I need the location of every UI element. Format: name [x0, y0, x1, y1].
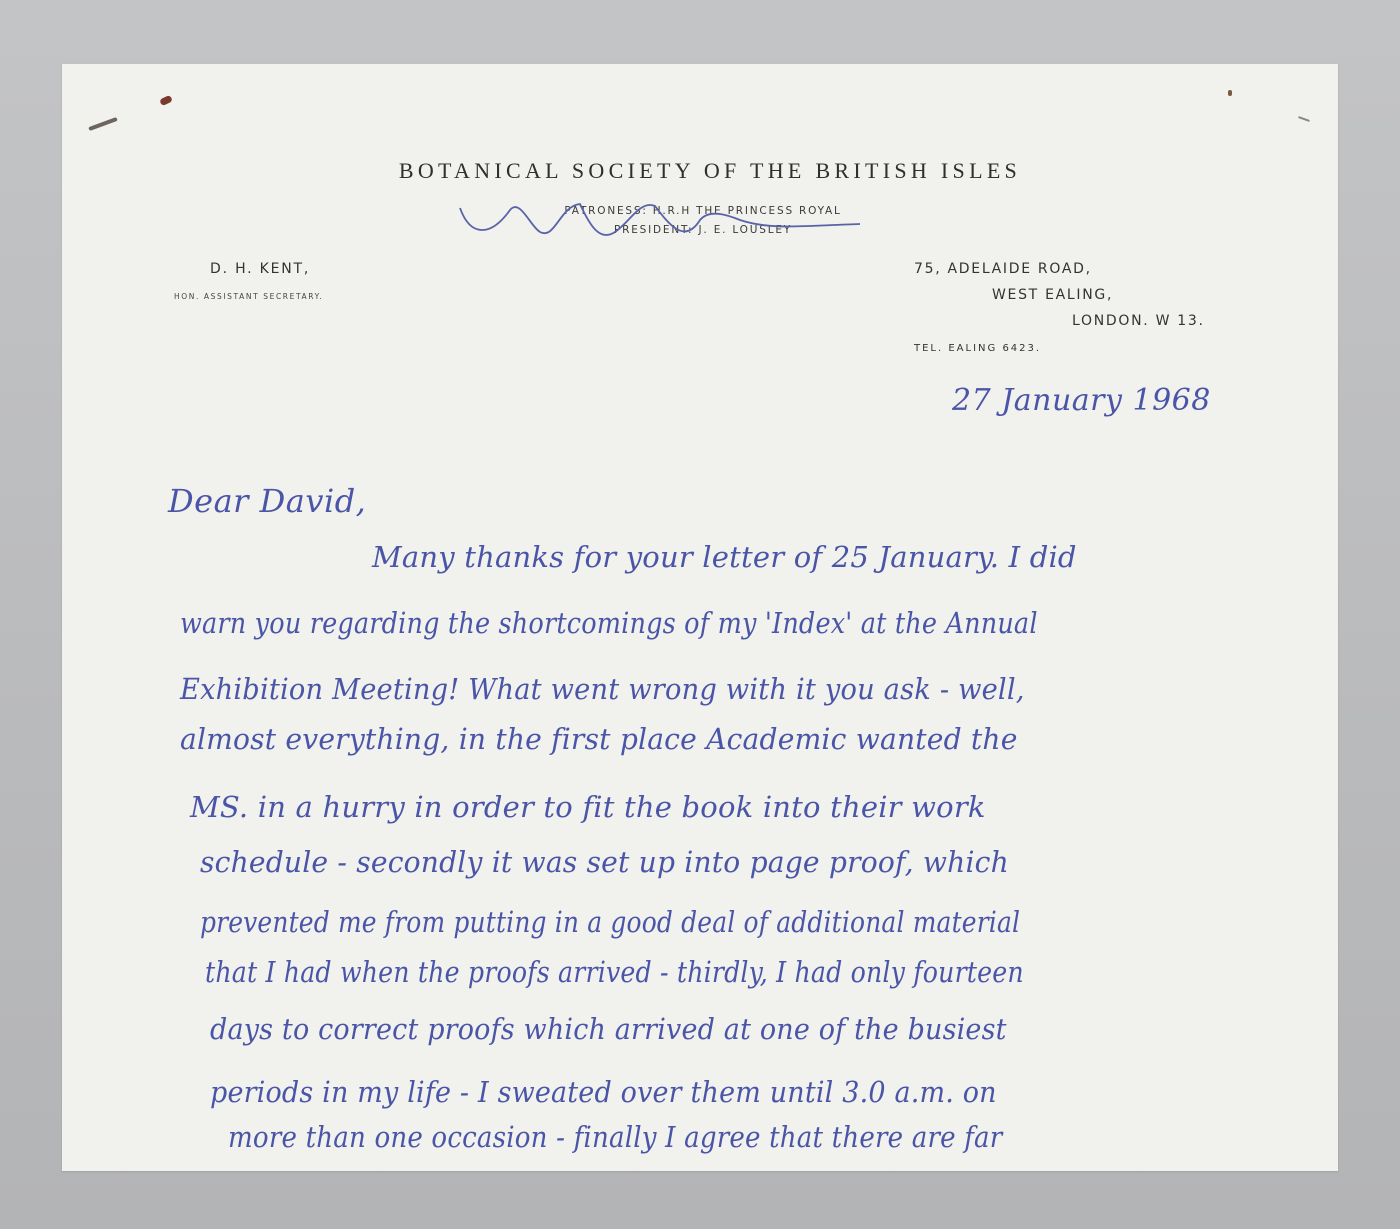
body-line: MS. in a hurry in order to fit the book …: [190, 790, 986, 824]
body-line: prevented me from putting in a good deal…: [200, 905, 1020, 939]
sender-role: HON. ASSISTANT SECRETARY.: [174, 292, 323, 301]
body-line: that I had when the proofs arrived - thi…: [205, 955, 1024, 989]
body-line: days to correct proofs which arrived at …: [210, 1012, 1007, 1046]
letter-date: 27 January 1968: [952, 383, 1211, 418]
salutation: Dear David,: [168, 482, 366, 520]
body-line: almost everything, in the first place Ac…: [180, 722, 1018, 756]
rust-mark: [1228, 90, 1232, 96]
body-line: Exhibition Meeting! What went wrong with…: [180, 672, 1025, 706]
address-line-1: 75, ADELAIDE ROAD,: [914, 261, 1092, 277]
body-line: warn you regarding the shortcomings of m…: [180, 606, 1038, 640]
letterhead-organization: BOTANICAL SOCIETY OF THE BRITISH ISLES: [300, 158, 1120, 184]
body-line: periods in my life - I sweated over them…: [210, 1075, 997, 1109]
sender-name: D. H. KENT,: [210, 261, 310, 277]
body-line: schedule - secondly it was set up into p…: [200, 845, 1009, 879]
address-line-3: LONDON. W 13.: [1072, 313, 1205, 329]
telephone: TEL. EALING 6423.: [914, 343, 1041, 354]
body-line: Many thanks for your letter of 25 Januar…: [372, 540, 1077, 574]
body-line: more than one occasion - finally I agree…: [228, 1120, 1002, 1154]
pen-scribble-icon: [440, 196, 880, 246]
address-line-2: WEST EALING,: [992, 287, 1113, 303]
